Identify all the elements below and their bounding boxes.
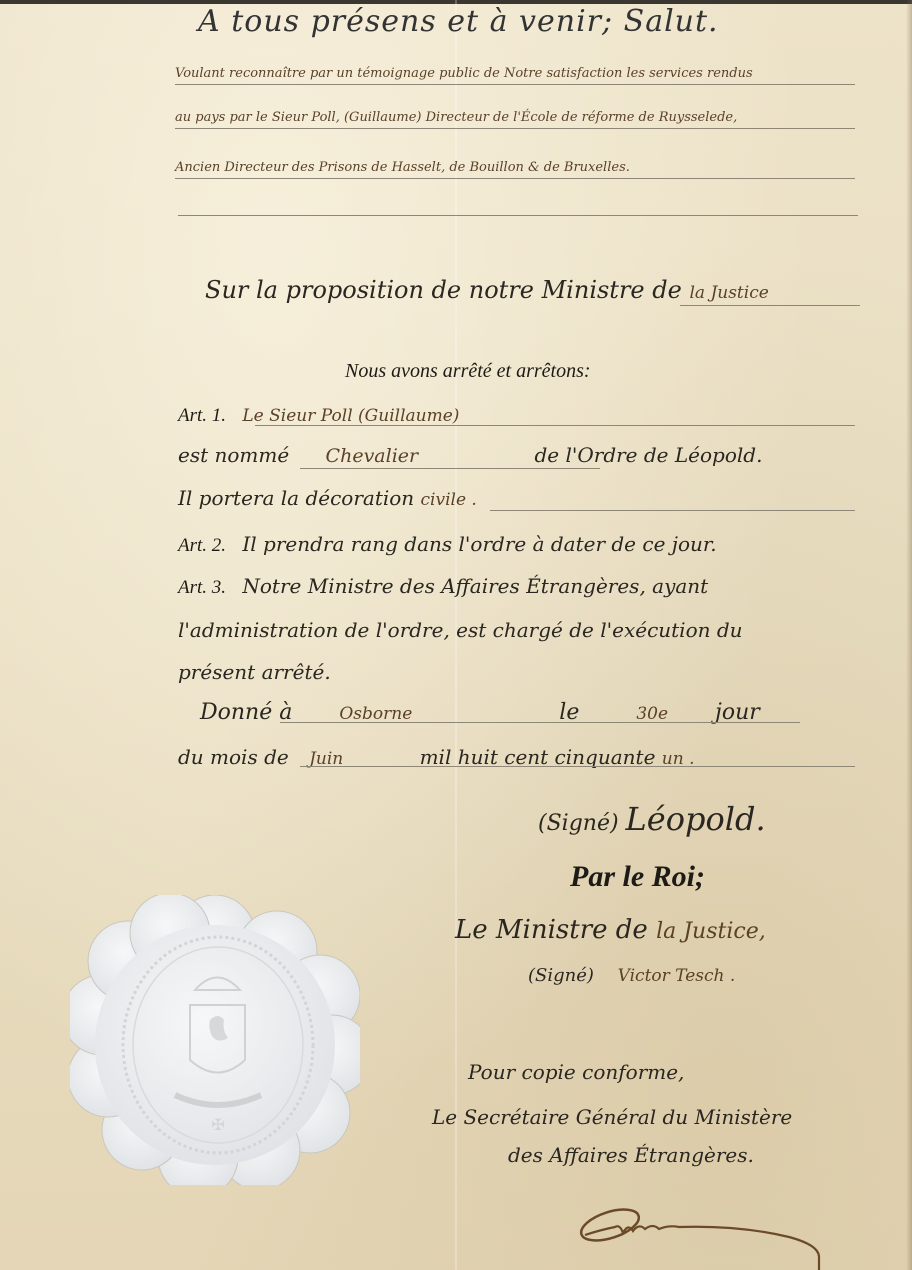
minister-ministry: la Justice, — [656, 919, 766, 944]
article-3-line-1: Art. 3. Notre Ministre des Affaires Étra… — [178, 574, 708, 599]
minister-printed: Le Ministre de — [455, 915, 648, 945]
article-2-text: Il prendra rang dans l'ordre à dater de … — [242, 532, 716, 556]
article-1-nomme: est nommé — [178, 443, 289, 467]
article-3-label: Art. 3. — [178, 577, 226, 598]
certification-line-2: Le Secrétaire Général du Ministère — [432, 1105, 792, 1129]
proposition-printed: Sur la proposition de notre Ministre de — [205, 276, 682, 304]
minister-name: Victor Tesch . — [618, 966, 736, 986]
certification-line-3: des Affaires Étrangères. — [508, 1143, 754, 1167]
article-3-line-3: présent arrêté. — [178, 660, 331, 684]
given-place: Osborne — [339, 704, 412, 724]
rule-line — [175, 128, 855, 129]
article-1-line-1: Art. 1. Le Sieur Poll (Guillaume) — [178, 402, 459, 427]
rule-line — [175, 84, 855, 85]
proposition-ministry: la Justice — [689, 283, 768, 303]
given-month-label: du mois de — [178, 745, 289, 769]
rule-line — [680, 305, 860, 306]
article-1-person: Le Sieur Poll (Guillaume) — [242, 406, 459, 426]
article-1-label: Art. 1. — [178, 405, 226, 426]
rule-line — [490, 510, 855, 511]
article-2-label: Art. 2. — [178, 535, 226, 556]
rule-line — [300, 766, 855, 767]
preamble-line-1: Voulant reconnaître par un témoignage pu… — [175, 66, 753, 81]
king-signature-line: (Signé) Léopold. — [538, 800, 766, 838]
minister-signature-line: (Signé) Victor Tesch . — [528, 965, 735, 986]
par-le-roi: Par le Roi; — [570, 860, 705, 894]
preamble-line-2: au pays par le Sieur Poll, (Guillaume) D… — [175, 110, 737, 125]
decree-intro: Nous avons arrêté et arrêtons: — [345, 360, 591, 383]
king-signed-label: (Signé) — [538, 811, 619, 836]
article-1-decoration-label: Il portera la décoration — [178, 486, 414, 510]
document-page: A tous présens et à venir; Salut. Voulan… — [0, 0, 912, 1270]
certification-line-1: Pour copie conforme, — [468, 1060, 684, 1084]
document-heading: A tous présens et à venir; Salut. — [198, 4, 719, 39]
svg-text:✠: ✠ — [211, 1115, 224, 1134]
article-1-line-2: est nommé Chevalier de l'Ordre de Léopol… — [178, 443, 762, 467]
article-2: Art. 2. Il prendra rang dans l'ordre à d… — [178, 532, 717, 557]
given-day: 30e — [636, 704, 668, 724]
minister-signed-label: (Signé) — [528, 965, 594, 986]
article-1-decoration: civile . — [421, 490, 477, 510]
proposition-line: Sur la proposition de notre Ministre de … — [205, 276, 769, 304]
article-1-order: de l'Ordre de Léopold. — [534, 443, 762, 467]
scan-right-edge — [906, 0, 912, 1270]
king-name: Léopold. — [626, 800, 766, 838]
rule-line — [255, 425, 855, 426]
article-1-line-3: Il portera la décoration civile . — [178, 486, 477, 510]
given-at-label: Donné à — [200, 700, 292, 725]
minister-line: Le Ministre de la Justice, — [455, 915, 766, 945]
rule-line — [178, 215, 858, 216]
article-1-rank: Chevalier — [326, 445, 419, 467]
article-3-text-1: Notre Ministre des Affaires Étrangères, … — [242, 574, 708, 598]
article-3-line-2: l'administration de l'ordre, est chargé … — [178, 618, 743, 642]
rule-line — [175, 178, 855, 179]
embossed-seal-icon: ✠ — [70, 895, 360, 1185]
preamble-line-3: Ancien Directeur des Prisons de Hasselt,… — [175, 160, 630, 175]
rule-line — [280, 722, 800, 723]
secretary-signature-icon — [575, 1195, 865, 1270]
rule-line — [300, 468, 600, 469]
